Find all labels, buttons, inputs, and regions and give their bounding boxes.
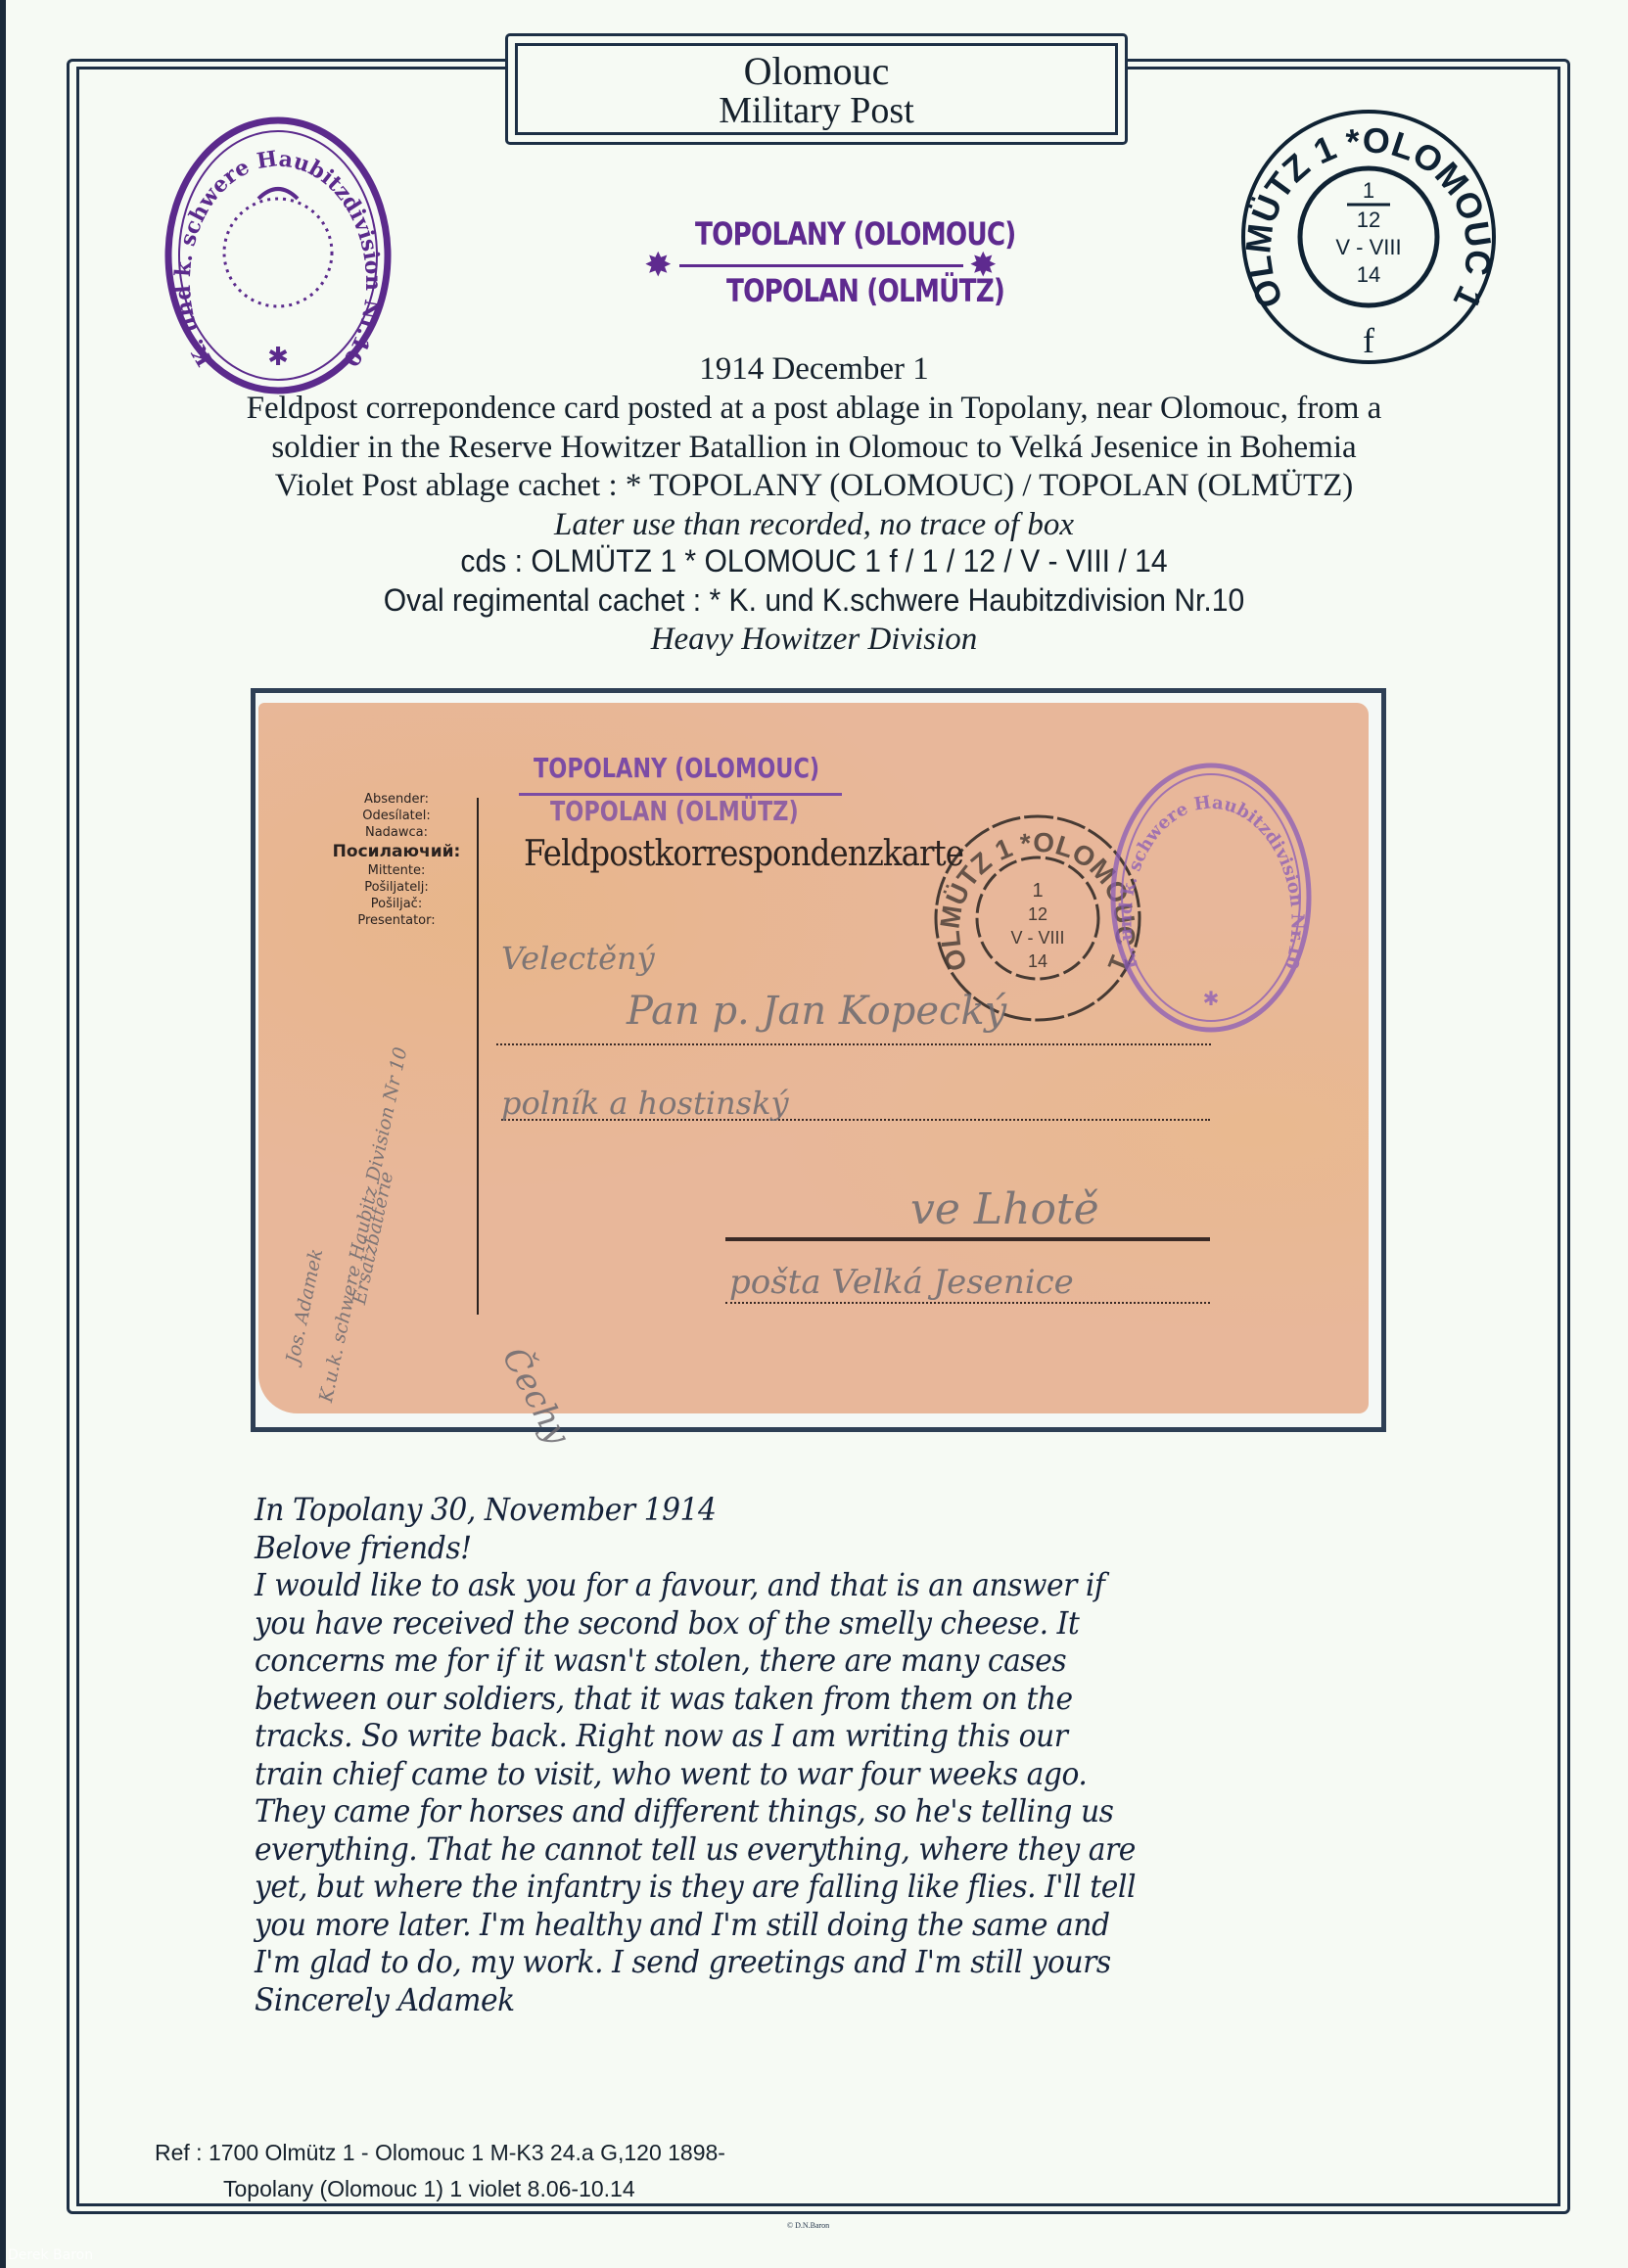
card-title: Feldpostkorrespondenzkarte — [524, 834, 963, 874]
cds-day: 1 — [1363, 178, 1374, 203]
letter-line: train chief came to visit, who went to w… — [255, 1755, 1328, 1793]
cds-hours: V - VIII — [1335, 235, 1401, 259]
sender-label: Absender: — [323, 791, 470, 808]
reference-line2: Topolany (Olomouc 1) 1 violet 8.06-10.14 — [223, 2176, 635, 2202]
sender-label: Pošiljatelj: — [323, 879, 470, 896]
description-note: Later use than recorded, no trace of box — [98, 508, 1530, 542]
letter-line: Belove friends! — [255, 1529, 1328, 1567]
description-oval-translation: Heavy Howitzer Division — [98, 623, 1530, 657]
address-line — [496, 1043, 1211, 1045]
letter-line: Sincerely Adamek — [255, 1981, 1328, 2019]
star-icon: ✸ — [644, 249, 672, 282]
page-title-box: Olomouc Military Post — [505, 33, 1128, 145]
description-line2: soldier in the Reserve Howitzer Batallio… — [98, 431, 1530, 465]
scan-edge — [0, 0, 6, 2268]
svg-text:14: 14 — [1028, 951, 1047, 971]
ablage-cachet: TOPOLANY (OLOMOUC) ✸ ✸ TOPOLAN (OLMÜTZ) — [636, 215, 1008, 323]
letter-line: everything. That he cannot tell us every… — [255, 1830, 1328, 1869]
ablage-cachet-line2: TOPOLAN (OLMÜTZ) — [726, 272, 1004, 309]
svg-text:1: 1 — [1032, 880, 1043, 902]
address-line — [725, 1302, 1210, 1304]
description-oval: Oval regimental cachet : * K. und K.schw… — [141, 583, 1487, 618]
cds-year: 14 — [1357, 262, 1380, 287]
letter-line: between our soldiers, that it was taken … — [255, 1680, 1328, 1718]
svg-text:K. und k. schwere Haubitzdivis: K. und k. schwere Haubitzdivision Nr.10 — [170, 146, 386, 371]
page-subtitle: Military Post — [518, 91, 1115, 130]
sender-label: Presentator: — [323, 912, 470, 929]
svg-text:V - VIII: V - VIII — [1010, 928, 1064, 948]
letter-line: you more later. I'm healthy and I'm stil… — [255, 1906, 1328, 1944]
sender-labels: Absender: Odesílatel: Nadawca: Посилаючи… — [323, 791, 470, 929]
description-line1: Feldpost correpondence card posted at a … — [98, 392, 1530, 426]
card-ablage-line1: TOPOLANY (OLOMOUC) — [534, 752, 819, 784]
description-cds: cds : OLMÜTZ 1 * OLOMOUC 1 f / 1 / 12 / … — [141, 544, 1487, 579]
sender-label: Mittente: — [323, 862, 470, 879]
ablage-cachet-divider — [679, 264, 963, 267]
address-town: ve Lhotě — [910, 1184, 1099, 1234]
svg-text:12: 12 — [1028, 904, 1047, 924]
description-date: 1914 December 1 — [98, 352, 1530, 387]
watermark: Derek Baron — [8, 2247, 93, 2263]
letter-transcription: In Topolany 30, November 1914 Belove fri… — [255, 1491, 1410, 2018]
sender-label: Nadawca: — [323, 824, 470, 841]
sender-label: Pošiljač: — [323, 896, 470, 912]
letter-line: I'm glad to do, my work. I send greeting… — [255, 1943, 1328, 1981]
address-line — [725, 1237, 1210, 1241]
letter-line: In Topolany 30, November 1914 — [255, 1491, 1328, 1529]
address-post-office: pošta Velká Jesenice — [729, 1263, 1074, 1302]
sender-label: Odesílatel: — [323, 808, 470, 824]
cds-month: 12 — [1357, 208, 1380, 232]
address-occupation: polník a hostinský — [501, 1085, 789, 1122]
ablage-cachet-line1: TOPOLANY (OLOMOUC) — [695, 215, 1015, 253]
address-name: Pan p. Jan Kopecký — [627, 989, 1006, 1034]
card-oval-cachet: K. und k. schwere Haubitzdivision Nr.10 … — [1106, 759, 1317, 1038]
card-divider-line — [477, 798, 479, 1315]
card-ablage-line2: TOPOLAN (OLMÜTZ) — [550, 795, 799, 827]
reference-line1: Ref : 1700 Olmütz 1 - Olomouc 1 M-K3 24.… — [155, 2140, 725, 2166]
description-line3: Violet Post ablage cachet : * TOPOLANY (… — [98, 469, 1530, 503]
sender-label: Посилаючий: — [323, 841, 470, 862]
address-salutation: Velectěný — [501, 940, 655, 977]
page-title: Olomouc — [744, 49, 890, 93]
letter-line: you have received the second box of the … — [255, 1604, 1328, 1643]
cds-postmark: OLMÜTZ 1 *OLOMOUC 1 f 1 12 V - VIII 14 — [1237, 106, 1500, 368]
svg-text:✱: ✱ — [1203, 989, 1220, 1010]
letter-line: tracks. So write back. Right now as I am… — [255, 1717, 1328, 1755]
letter-line: They came for horses and different thing… — [255, 1792, 1328, 1830]
letter-line: yet, but where the infantry is they are … — [255, 1868, 1328, 1906]
letter-line: concerns me for if it wasn't stolen, the… — [255, 1642, 1328, 1680]
oval-cachet-text: K. und k. schwere Haubitzdivision Nr.10 — [170, 146, 386, 371]
letter-line: I would like to ask you for a favour, an… — [255, 1566, 1328, 1604]
copyright-notice: © D.N.Baron — [787, 2221, 829, 2230]
